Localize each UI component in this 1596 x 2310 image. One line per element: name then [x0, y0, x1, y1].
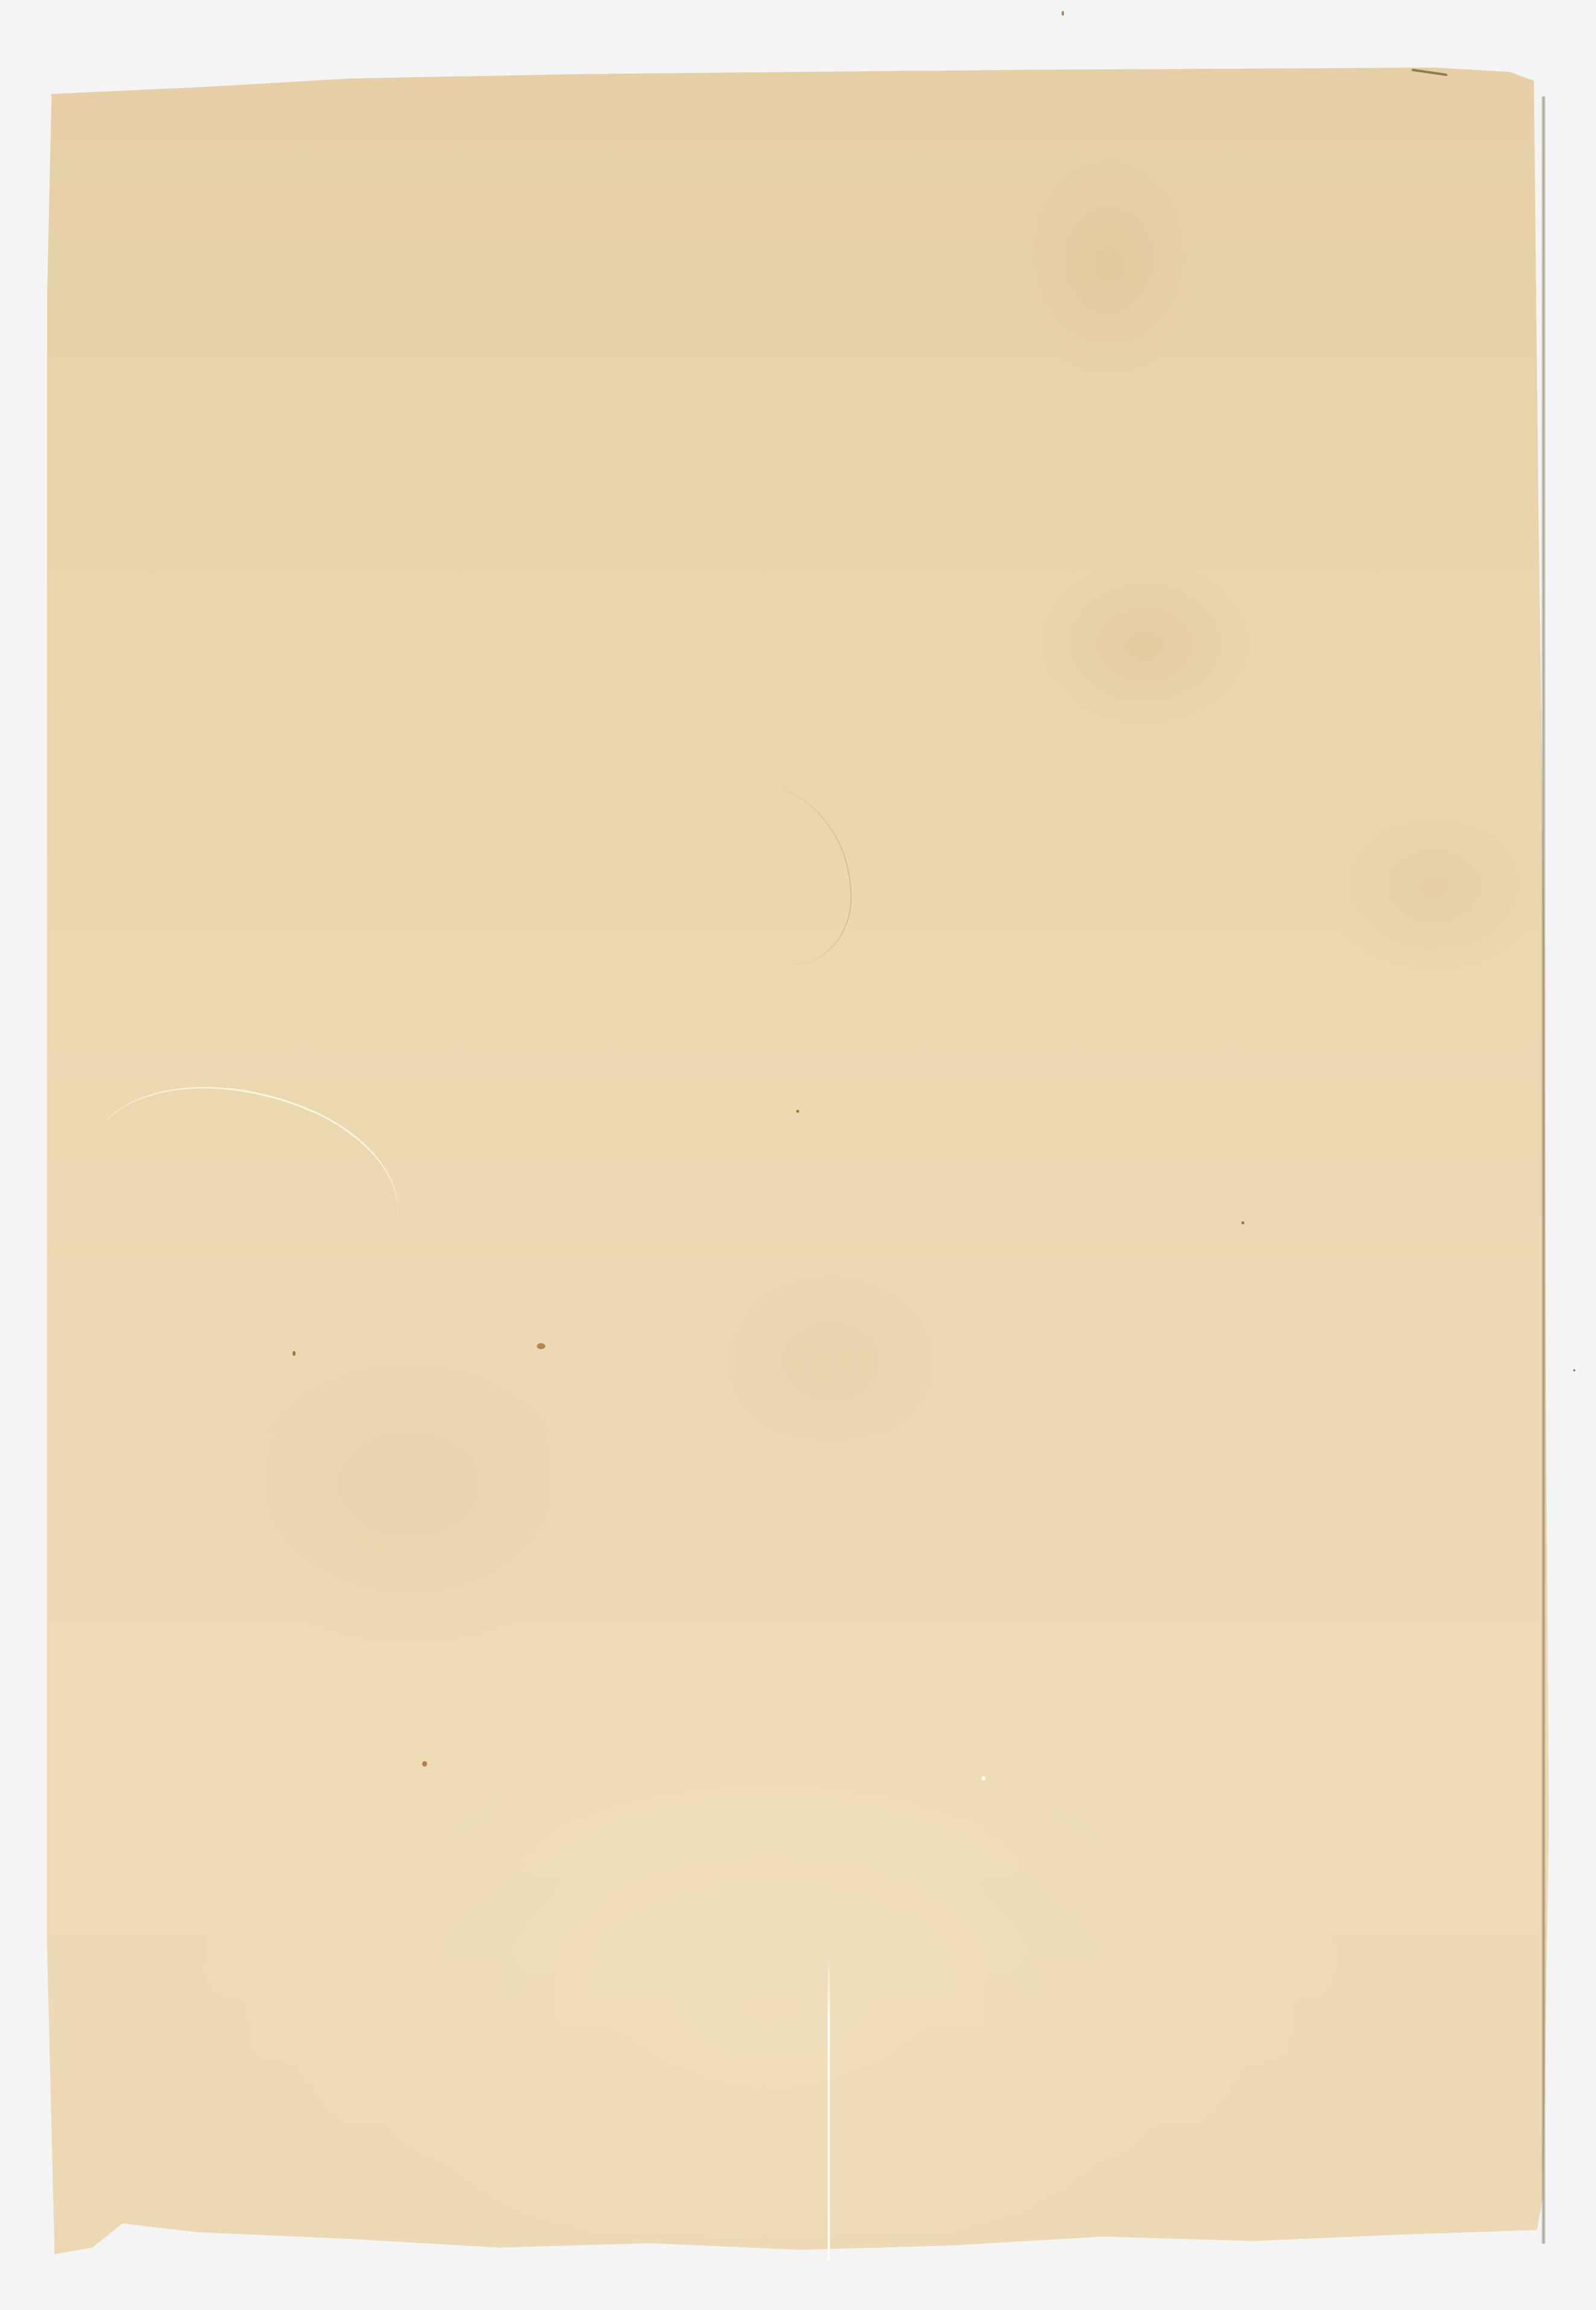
dust-speck — [1573, 1369, 1575, 1372]
card-right-edge-shadow — [1541, 97, 1546, 2244]
stain-speck — [537, 1343, 545, 1349]
paper-crease-bottom — [828, 1954, 830, 2262]
stain-speck — [981, 1776, 986, 1780]
stain-speck — [293, 1351, 296, 1356]
dust-speck — [1062, 11, 1064, 16]
stain-speck — [1241, 1221, 1244, 1224]
stain-speck — [422, 1761, 427, 1767]
stain-speck — [796, 1110, 799, 1113]
